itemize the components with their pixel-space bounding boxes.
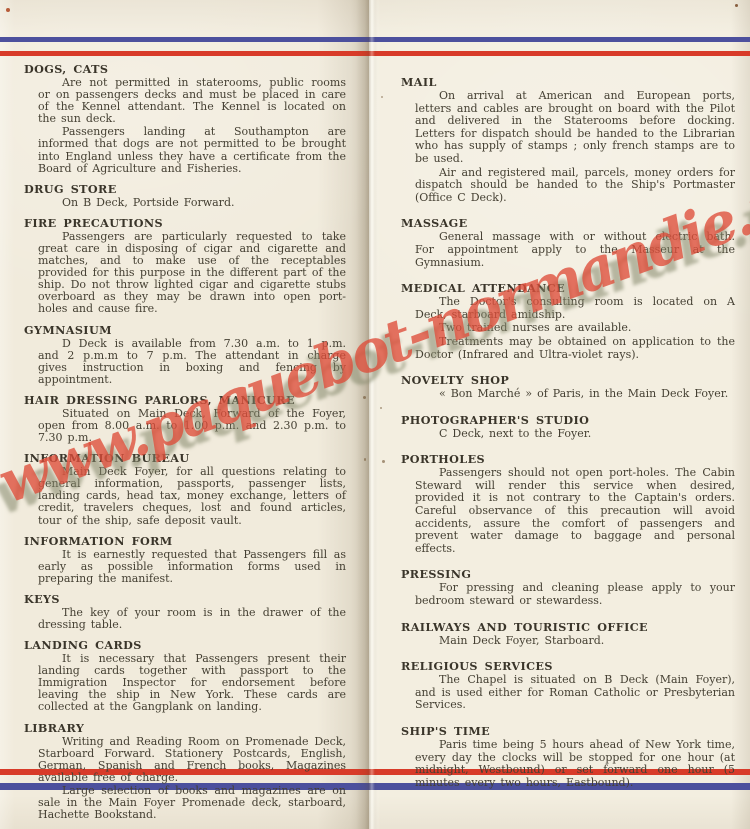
section-paragraph: Situated on Main Deck, Forward of the Fo…	[24, 408, 346, 444]
section-drug-store: DRUG STOREOn B Deck, Portside Forward.	[24, 183, 346, 209]
section-paragraph: Air and registered mail, parcels, money …	[401, 167, 735, 205]
section-mail: MAILOn arrival at American and European …	[401, 76, 735, 204]
section-title: INFORMATION BUREAU	[24, 452, 346, 465]
section-photographer-s-studio: PHOTOGRAPHER'S STUDIOC Deck, next to the…	[401, 414, 735, 441]
top-blue-stripe	[0, 37, 369, 42]
section-keys: KEYSThe key of your room is in the drawe…	[24, 593, 346, 631]
section-paragraph: C Deck, next to the Foyer.	[401, 428, 735, 441]
section-library: LIBRARYWriting and Reading Room on Prome…	[24, 722, 346, 822]
section-pressing: PRESSINGFor pressing and cleaning please…	[401, 568, 735, 607]
section-gymnasium: GYMNASIUMD Deck is available from 7.30 a…	[24, 324, 346, 386]
section-paragraph: The Doctor's consulting room is located …	[401, 296, 735, 321]
section-paragraph: The key of your room is in the drawer of…	[24, 607, 346, 631]
section-title: LIBRARY	[24, 722, 346, 735]
top-blue-stripe	[369, 37, 750, 42]
section-title: FIRE PRECAUTIONS	[24, 217, 346, 230]
section-railways-and-touristic-office: RAILWAYS AND TOURISTIC OFFICEMain Deck F…	[401, 621, 735, 648]
section-ship-s-time: SHIP'S TIMEParis time being 5 hours ahea…	[401, 725, 735, 789]
section-paragraph: On arrival at American and European port…	[401, 90, 735, 166]
right-page-content: MAILOn arrival at American and European …	[401, 76, 735, 802]
right-page: MAILOn arrival at American and European …	[369, 0, 750, 829]
section-paragraph: Passengers landing at Southampton are in…	[24, 126, 346, 174]
section-fire-precautions: FIRE PRECAUTIONSPassengers are particula…	[24, 217, 346, 316]
section-portholes: PORTHOLESPassengers should not open port…	[401, 453, 735, 555]
section-title: MASSAGE	[401, 217, 735, 230]
section-massage: MASSAGEGeneral massage with or without e…	[401, 217, 735, 269]
left-page-content: DOGS, CATSAre not permitted in stateroom…	[24, 63, 346, 829]
section-title: INFORMATION FORM	[24, 535, 346, 548]
section-title: DOGS, CATS	[24, 63, 346, 76]
section-title: PHOTOGRAPHER'S STUDIO	[401, 414, 735, 427]
section-title: NOVELTY SHOP	[401, 374, 735, 387]
section-title: KEYS	[24, 593, 346, 606]
booklet-spread: DOGS, CATSAre not permitted in stateroom…	[0, 0, 750, 829]
section-paragraph: Passengers are particularly requested to…	[24, 231, 346, 316]
section-paragraph: Large selection of books and magazines a…	[24, 785, 346, 821]
section-title: MAIL	[401, 76, 735, 89]
section-title: GYMNASIUM	[24, 324, 346, 337]
section-title: RAILWAYS AND TOURISTIC OFFICE	[401, 621, 735, 634]
section-paragraph: Passengers should not open port-holes. T…	[401, 467, 735, 555]
section-paragraph: It is necessary that Passengers present …	[24, 653, 346, 713]
section-paragraph: Writing and Reading Room on Promenade De…	[24, 736, 346, 784]
section-title: PORTHOLES	[401, 453, 735, 466]
top-red-stripe	[369, 51, 750, 56]
section-paragraph: On B Deck, Portside Forward.	[24, 197, 346, 209]
section-paragraph: General massage with or without electric…	[401, 231, 735, 269]
section-information-form: INFORMATION FORMIt is earnestly requeste…	[24, 535, 346, 585]
top-red-stripe	[0, 51, 369, 56]
section-title: RELIGIOUS SERVICES	[401, 660, 735, 673]
section-paragraph: It is earnestly requested that Passenger…	[24, 549, 346, 585]
section-paragraph: D Deck is available from 7.30 a.m. to 1 …	[24, 338, 346, 386]
section-title: DRUG STORE	[24, 183, 346, 196]
section-hair-dressing-parlors-manicure: HAIR DRESSING PARLORS, MANICURESituated …	[24, 394, 346, 444]
section-paragraph: The Chapel is situated on B Deck (Main F…	[401, 674, 735, 712]
section-paragraph: Paris time being 5 hours ahead of New Yo…	[401, 739, 735, 789]
section-title: MEDICAL ATTENDANCE	[401, 282, 735, 295]
section-information-bureau: INFORMATION BUREAUMain Deck Foyer, for a…	[24, 452, 346, 526]
section-title: SHIP'S TIME	[401, 725, 735, 738]
section-paragraph: « Bon Marché » of Paris, in the Main Dec…	[401, 388, 735, 401]
section-title: LANDING CARDS	[24, 639, 346, 652]
section-landing-cards: LANDING CARDSIt is necessary that Passen…	[24, 639, 346, 713]
section-paragraph: Main Deck Foyer, for all questions relat…	[24, 466, 346, 526]
section-dogs-cats: DOGS, CATSAre not permitted in stateroom…	[24, 63, 346, 175]
section-paragraph: Main Deck Foyer, Starboard.	[401, 635, 735, 648]
section-paragraph: Are not permitted in staterooms, public …	[24, 77, 346, 125]
section-title: HAIR DRESSING PARLORS, MANICURE	[24, 394, 346, 407]
section-novelty-shop: NOVELTY SHOP« Bon Marché » of Paris, in …	[401, 374, 735, 401]
section-title: PRESSING	[401, 568, 735, 581]
section-paragraph: Two trained nurses are available.	[401, 322, 735, 335]
section-medical-attendance: MEDICAL ATTENDANCEThe Doctor's consultin…	[401, 282, 735, 361]
section-paragraph: For pressing and cleaning please apply t…	[401, 582, 735, 607]
left-page: DOGS, CATSAre not permitted in stateroom…	[0, 0, 369, 829]
section-religious-services: RELIGIOUS SERVICESThe Chapel is situated…	[401, 660, 735, 712]
section-paragraph: Treatments may be obtained on applicatio…	[401, 336, 735, 361]
